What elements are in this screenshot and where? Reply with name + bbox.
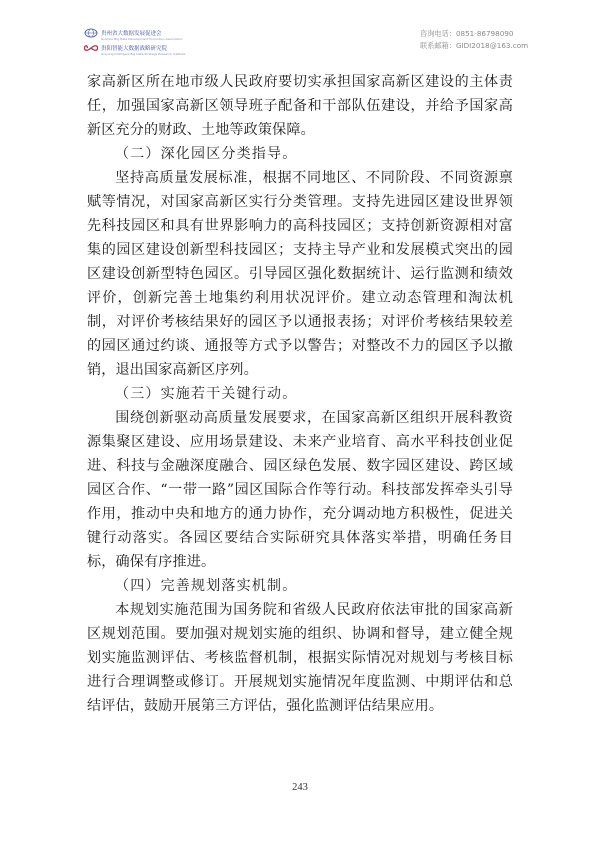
globe-logo-icon — [84, 28, 98, 38]
paragraph-continued: 家高新区所在地市级人民政府要切实承担国家高新区建设的主体责任，加强国家高新区领导… — [87, 70, 513, 142]
phone-number: 0851-86798090 — [456, 29, 513, 38]
email-address: GIDI2018@163.com — [456, 41, 528, 50]
phone-line: 咨询电话：0851-86798090 — [420, 28, 540, 40]
logo-org-subname-2: Guiyang Intelligent Big Data Strategy Re… — [101, 52, 204, 56]
section-heading-2: （二）深化园区分类指导。 — [87, 142, 513, 166]
page-header: 贵州省大数据发展促进会 Guizhou Big Data Development… — [84, 26, 540, 54]
email-label: 联系邮箱： — [420, 41, 456, 50]
infinity-logo-icon — [84, 43, 98, 53]
phone-label: 咨询电话： — [420, 29, 456, 38]
paragraph-implementation: 本规划实施范围为国务院和省级人民政府依法审批的国家高新区规划范围。要加强对规划实… — [87, 598, 513, 718]
paragraph-key-actions: 围绕创新驱动高质量发展要求，在国家高新区组织开展科教资源集聚区建设、应用场景建设… — [87, 406, 513, 574]
paragraph-classification: 坚持高质量发展标准，根据不同地区、不同阶段、不同资源禀赋等情况，对国家高新区实行… — [87, 166, 513, 382]
email-line: 联系邮箱：GIDI2018@163.com — [420, 40, 540, 52]
logo-org-name-2: 贵阳智能大数据战略研究院 — [101, 44, 167, 52]
organization-logo: 贵州省大数据发展促进会 Guizhou Big Data Development… — [84, 26, 204, 54]
contact-info: 咨询电话：0851-86798090 联系邮箱：GIDI2018@163.com — [420, 28, 540, 52]
page-number: 243 — [0, 782, 600, 793]
logo-org-name-1: 贵州省大数据发展促进会 — [101, 29, 162, 37]
section-heading-4: （四）完善规划落实机制。 — [87, 574, 513, 598]
document-body: 家高新区所在地市级人民政府要切实承担国家高新区建设的主体责任，加强国家高新区领导… — [87, 70, 513, 718]
section-heading-3: （三）实施若干关键行动。 — [87, 382, 513, 406]
